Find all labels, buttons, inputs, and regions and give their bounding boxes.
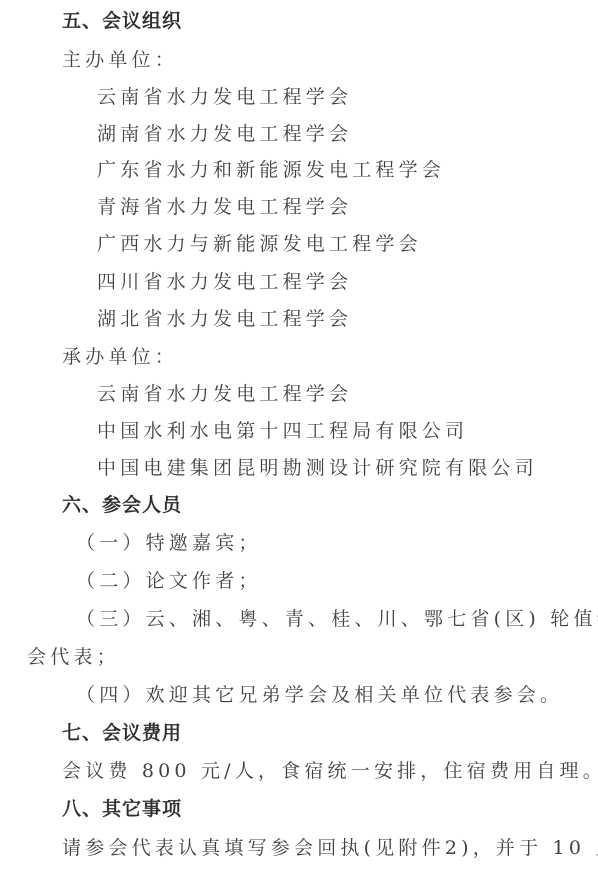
host-item: 广西水力与新能源发电工程学会 [97, 232, 422, 256]
participant-item: （一）特邀嘉宾； [76, 531, 262, 555]
host-item: 湖北省水力发电工程学会 [97, 307, 352, 331]
section-heading-participants: 六、参会人员 [62, 493, 182, 517]
participant-item: （三）云、湘、粤、青、桂、川、鄂七省(区) 轮值学 [76, 607, 598, 631]
other-text: 请参会代表认真填写参会回执(见附件2)，并于 10 月 [62, 836, 598, 860]
host-item: 云南省水力发电工程学会 [97, 85, 352, 109]
host-item: 青海省水力发电工程学会 [97, 195, 352, 219]
hosts-label: 主办单位： [62, 48, 178, 72]
section-heading-organization: 五、会议组织 [62, 9, 182, 33]
organizer-item: 中国水利水电第十四工程局有限公司 [97, 419, 468, 443]
participant-item: （四）欢迎其它兄弟学会及相关单位代表参会。 [76, 683, 563, 707]
participant-item: （二）论文作者； [76, 569, 262, 593]
host-item: 湖南省水力发电工程学会 [97, 122, 352, 146]
organizer-item: 中国电建集团昆明勘测设计研究院有限公司 [97, 456, 538, 480]
fees-text: 会议费 800 元/人，食宿统一安排，住宿费用自理。 [62, 759, 598, 783]
organizers-label: 承办单位： [62, 345, 178, 369]
organizer-item: 云南省水力发电工程学会 [97, 382, 352, 406]
participant-item-continuation: 会代表； [27, 645, 120, 669]
section-heading-fees: 七、会议费用 [62, 721, 182, 745]
host-item: 四川省水力发电工程学会 [97, 270, 352, 294]
section-heading-other: 八、其它事项 [62, 797, 182, 821]
host-item: 广东省水力和新能源发电工程学会 [97, 158, 445, 182]
